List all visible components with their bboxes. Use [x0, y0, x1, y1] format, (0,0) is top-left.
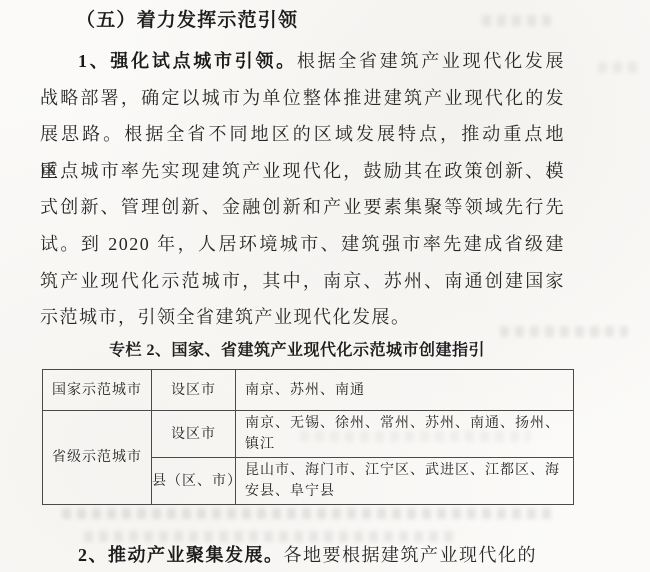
- table-cell-cities: 南京、苏州、南通: [236, 370, 574, 411]
- table-cell-cities: 南京、无锡、徐州、常州、苏州、南通、扬州、镇江: [236, 411, 574, 458]
- ink-bleed-through: [62, 508, 554, 519]
- section-heading: （五）着力发挥示范引领: [76, 5, 298, 32]
- body-line: 式创新、管理创新、金融创新和产业要素集聚等领域先行先: [40, 189, 565, 226]
- table-cell-category: 国家示范城市: [43, 370, 152, 411]
- body-line: 2、推动产业聚集发展。各地要根据建筑产业现代化的: [40, 537, 565, 572]
- paragraph-1-line1-rest: 根据全省建筑产业现代化发展: [297, 51, 565, 71]
- ink-bleed-through: [482, 15, 554, 26]
- table-row: 国家示范城市 设区市 南京、苏州、南通: [43, 370, 574, 411]
- body-line: 试。到 2020 年，人居环境城市、建筑强市率先建成省级建: [40, 226, 565, 263]
- paragraph-1: 1、强化试点城市引领。根据全省建筑产业现代化发展 战略部署，确定以城市为单位整体…: [40, 43, 565, 336]
- body-line: 战略部署，确定以城市为单位整体推进建筑产业现代化的发: [40, 80, 565, 117]
- ink-bleed-through: [598, 62, 642, 73]
- paragraph-2-lead: 2、推动产业聚集发展。: [78, 545, 284, 565]
- panel-caption: 专栏 2、国家、省建筑产业现代化示范城市创建指引: [42, 337, 552, 360]
- table-cell-cities: 昆山市、海门市、江宁区、武进区、江都区、海安县、阜宁县: [236, 458, 574, 505]
- table-cell-admin-level: 县（区、市）: [152, 458, 236, 505]
- body-line: 筑产业现代化示范城市，其中，南京、苏州、南通创建国家: [40, 263, 565, 300]
- table-cell-category: 省级示范城市: [43, 411, 152, 505]
- body-line: 重点城市率先实现建筑产业现代化，鼓励其在政策创新、模: [40, 153, 565, 190]
- table-cell-admin-level: 设区市: [152, 411, 236, 458]
- paragraph-2-rest: 各地要根据建筑产业现代化的: [284, 545, 538, 565]
- table-row: 省级示范城市 设区市 南京、无锡、徐州、常州、苏州、南通、扬州、镇江: [43, 411, 574, 458]
- table-cell-admin-level: 设区市: [152, 370, 236, 411]
- scanned-document-page: （五）着力发挥示范引领 1、强化试点城市引领。根据全省建筑产业现代化发展 战略部…: [0, 0, 650, 572]
- paragraph-2: 2、推动产业聚集发展。各地要根据建筑产业现代化的: [40, 537, 565, 572]
- body-line: 1、强化试点城市引领。根据全省建筑产业现代化发展: [40, 43, 565, 80]
- body-line: 展思路。根据全省不同地区的区域发展特点，推动重点地区、: [40, 116, 565, 153]
- paragraph-1-lead: 1、强化试点城市引领。: [78, 51, 297, 71]
- body-line: 示范城市，引领全省建筑产业现代化发展。: [40, 299, 565, 336]
- demonstration-cities-table: 国家示范城市 设区市 南京、苏州、南通 省级示范城市 设区市 南京、无锡、徐州、…: [42, 369, 574, 505]
